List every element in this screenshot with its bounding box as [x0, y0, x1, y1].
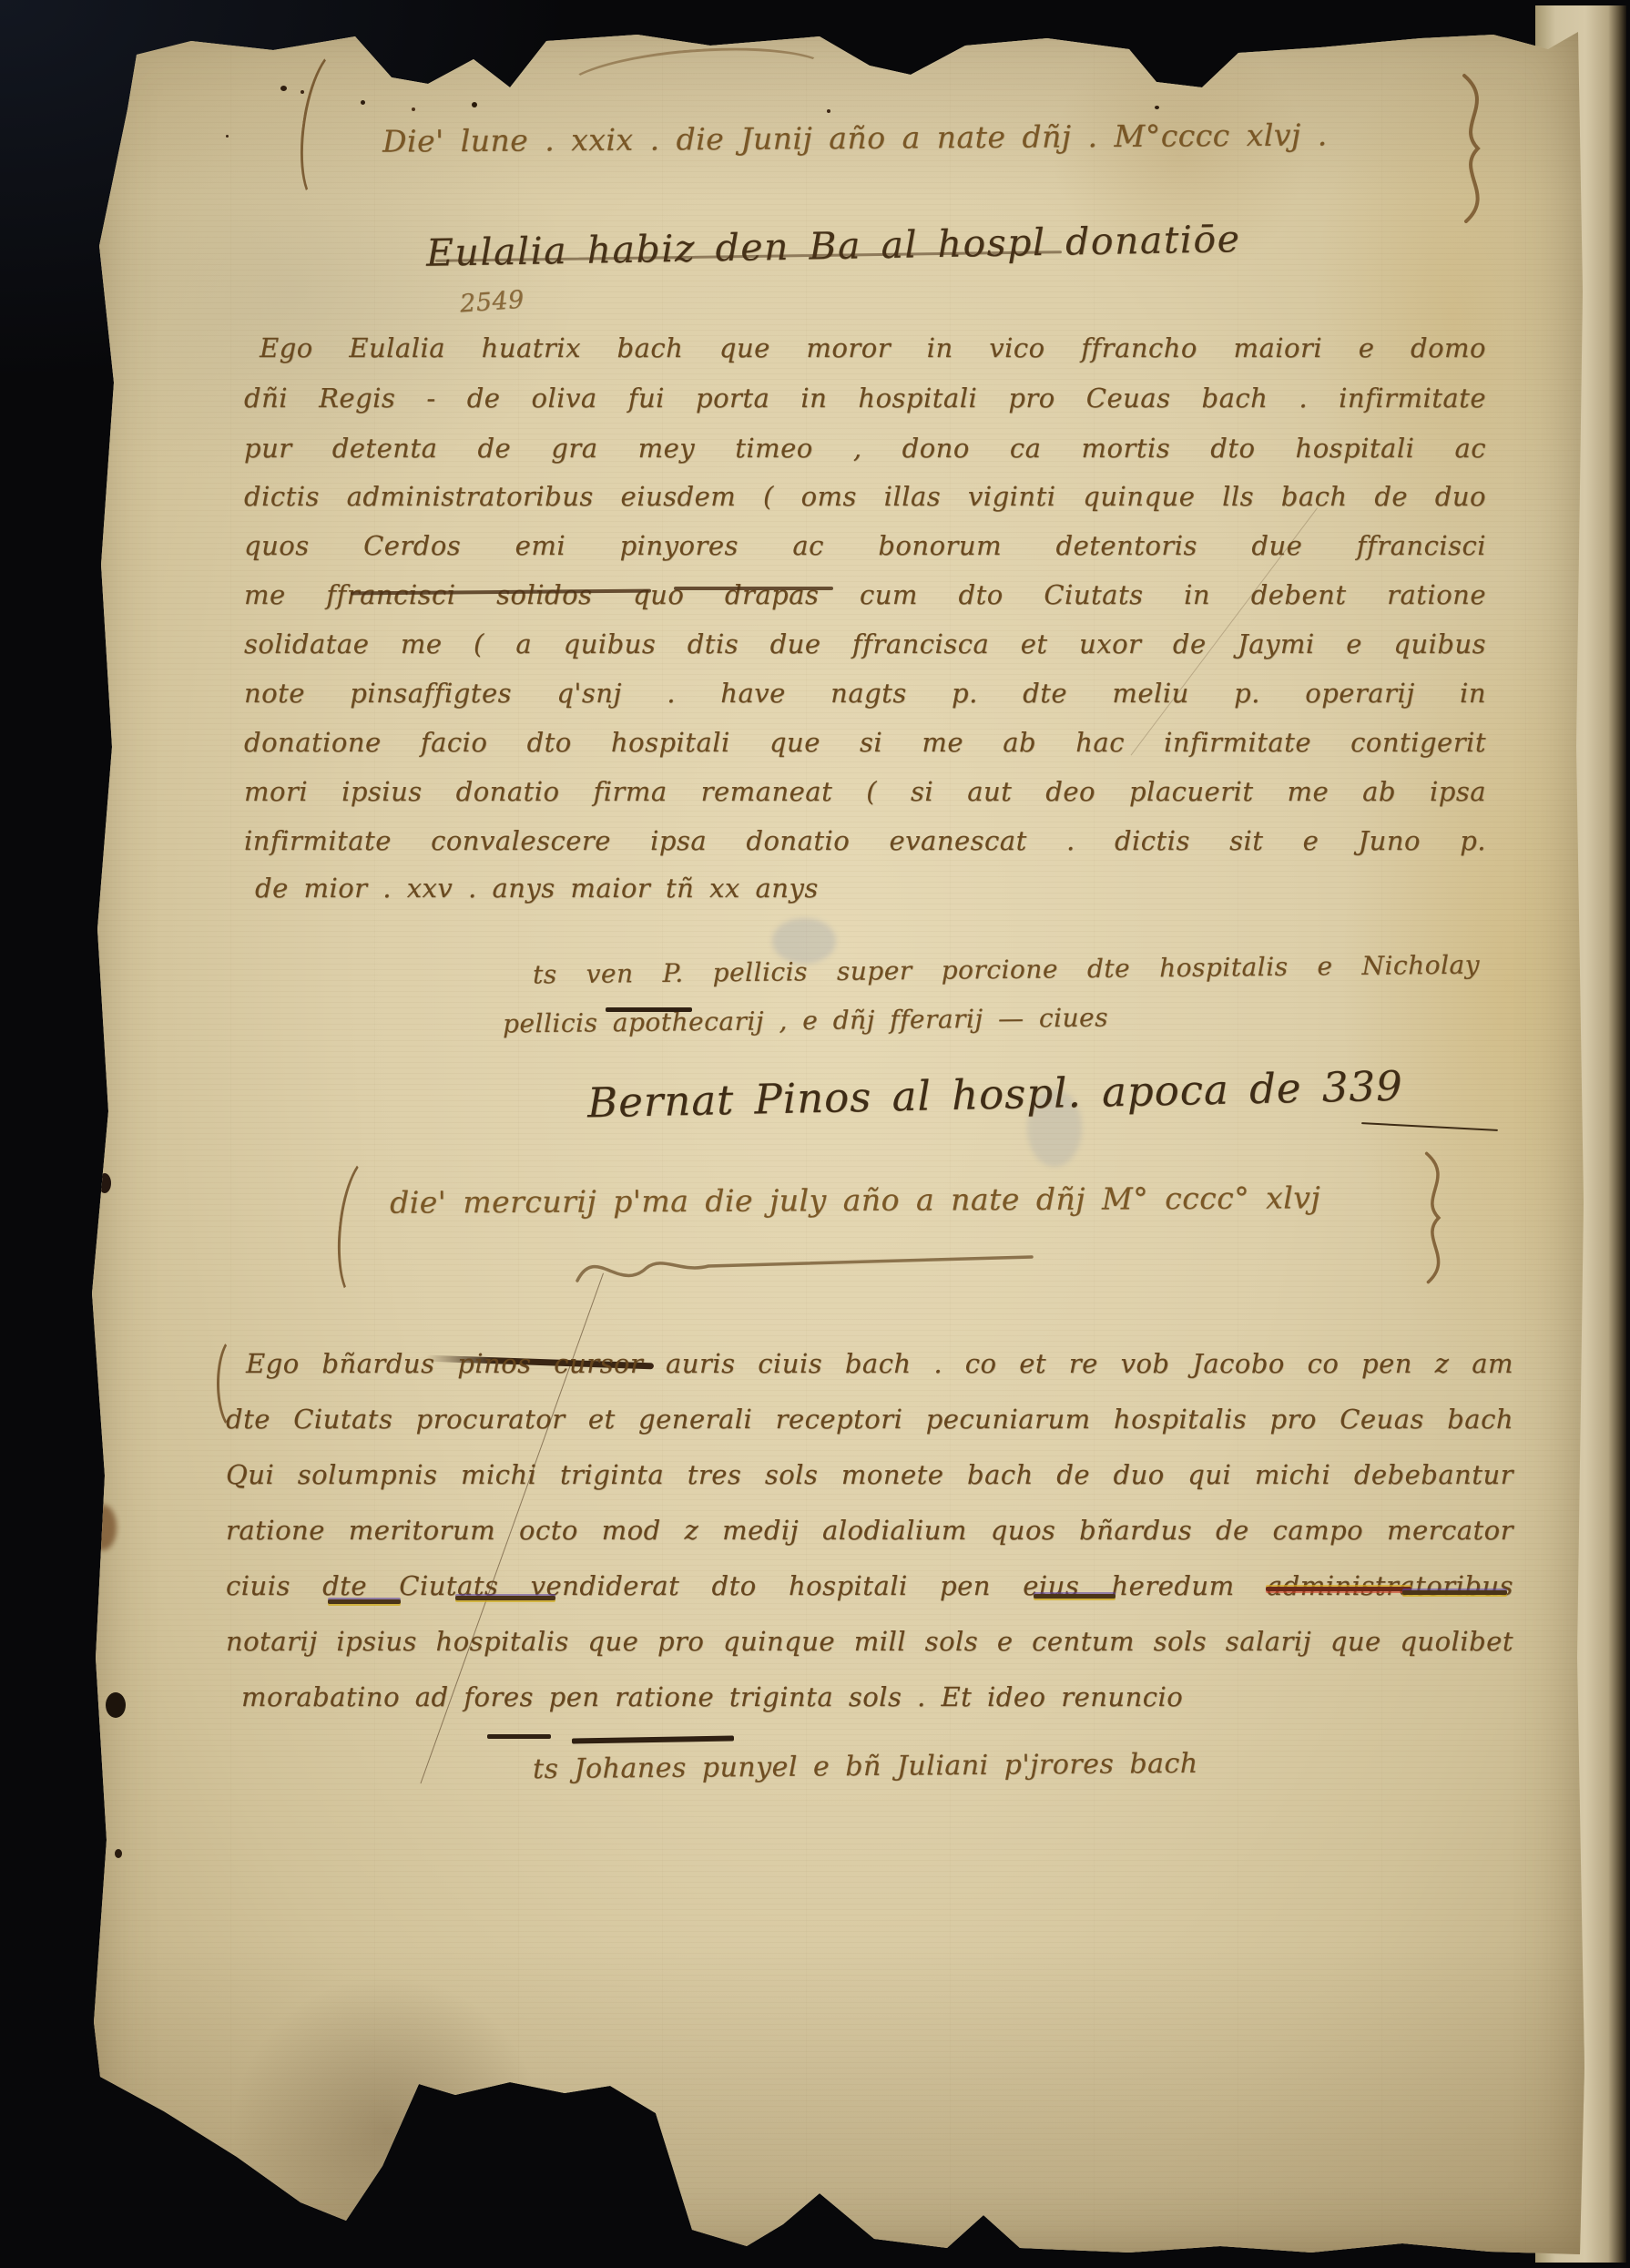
body-line: dictis administratoribus eiusdem ( oms i… [244, 481, 1486, 512]
heavy-pen-stroke [606, 1007, 692, 1012]
date-line-1: Die' lune . xxix . die Junij año a nate … [382, 117, 1328, 158]
opening-flourish [291, 45, 369, 209]
body-line: dte Ciutats procurator et generali recep… [226, 1404, 1513, 1435]
heavy-pen-stroke [487, 1734, 551, 1739]
ink-blot [115, 1849, 122, 1858]
pen-swash [561, 40, 834, 122]
heavy-pen-stroke [1034, 1594, 1116, 1599]
body-line: infirmitate convalescere ipsa donatio ev… [244, 825, 1486, 856]
body-line: Ego bñardus pinos cursor auris ciuis bac… [246, 1348, 1513, 1379]
ink-speck [361, 100, 365, 105]
heavy-pen-stroke [1266, 1587, 1411, 1591]
body-line: solidatae me ( a quibus dtis due ffranci… [244, 628, 1486, 659]
body-line: pur detenta de gra mey timeo , dono ca m… [244, 433, 1486, 464]
closing-flourish [1410, 1149, 1460, 1286]
witness-line: pellicis apothecarij , e dñj fferarij — … [503, 1003, 1108, 1039]
body-line: note pinsaffigtes q'snj . have nagts p. … [244, 678, 1486, 709]
apoca-line: Bernat Pinos al hospl. apoca de 339 [587, 1062, 1404, 1128]
stain-blot [89, 1505, 117, 1550]
ink-speck [1155, 106, 1159, 109]
manuscript-page: Die' lune . xxix . die Junij año a nate … [87, 18, 1584, 2259]
body-line: notarij ipsius hospitalis que pro quinqu… [226, 1626, 1513, 1657]
paraph-flourish [572, 1237, 1045, 1301]
body-line: mori ipsius donatio firma remaneat ( si … [244, 776, 1486, 807]
ink-speck [280, 86, 287, 91]
body-line: dñi Regis - de oliva fui porta in hospit… [244, 383, 1486, 414]
folio-number: 2549 [459, 286, 525, 319]
closing-flourish [1446, 71, 1501, 226]
body-line: ratione meritorum octo mod z medij alodi… [226, 1515, 1513, 1546]
ink-speck [301, 90, 304, 94]
witness-line: ts Johanes punyel e bñ Juliani p'jrores … [533, 1748, 1198, 1785]
ink-blot [98, 1173, 111, 1193]
heavy-pen-stroke [1402, 1590, 1507, 1595]
body-line: ciuis dte Ciutats vendiderat dto hospita… [226, 1570, 1513, 1601]
ink-speck [827, 109, 830, 113]
opening-flourish [331, 1153, 398, 1304]
ink-speck [472, 102, 477, 107]
body-line: Ego Eulalia huatrix bach que moror in vi… [260, 332, 1486, 363]
heavy-pen-stroke [572, 1735, 734, 1743]
ink-blot [106, 1692, 126, 1718]
body-line: me ffrancisci solidos quo drapas cum dto… [244, 579, 1486, 610]
heavy-pen-stroke [328, 1599, 401, 1604]
body-line: Qui solumpnis michi triginta tres sols m… [226, 1459, 1513, 1490]
date-line-2: die' mercurij p'ma die july año a nate d… [390, 1180, 1320, 1220]
entry-heading: Eulalia habiz den Ba al hospl donatiōe [426, 217, 1241, 275]
strike-through [674, 587, 833, 590]
witness-line: ts ven P. pellicis super porcione dte ho… [533, 950, 1480, 990]
ink-speck [412, 107, 415, 111]
body-line: donatione facio dto hospitali que si me … [244, 727, 1486, 758]
body-line: morabatino ad fores pen ratione triginta… [241, 1681, 1183, 1712]
pen-dash [1361, 1122, 1498, 1131]
ink-speck [226, 135, 229, 138]
body-line: de mior . xxv . anys maior tñ xx anys [255, 873, 819, 904]
heavy-pen-stroke [455, 1596, 555, 1600]
body-line: quos Cerdos emi pinyores ac bonorum dete… [244, 530, 1486, 561]
